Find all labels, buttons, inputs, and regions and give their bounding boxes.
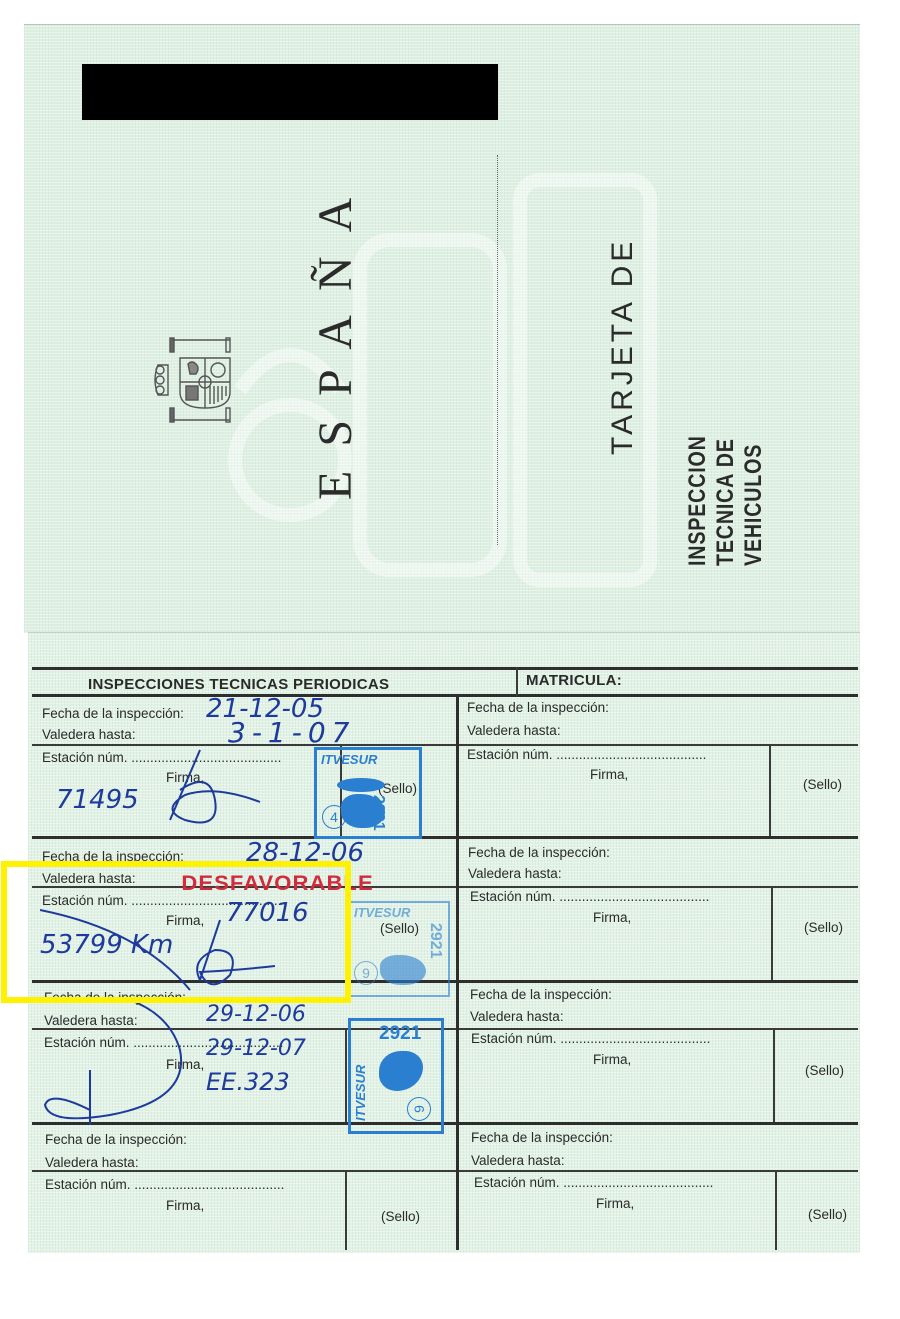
- valid-until-label: Valedera hasta:: [471, 1153, 565, 1168]
- inspection-date-label: Fecha de la inspección:: [470, 987, 612, 1002]
- seal-label: (Sello): [803, 777, 842, 792]
- seal-split-l3: [345, 1028, 347, 1122]
- station-stamp: ITVESUR 2921 9: [348, 1018, 444, 1134]
- signature-scribble: [140, 740, 270, 840]
- redacted-block: [82, 64, 498, 120]
- signature-label: Firma,: [593, 910, 631, 925]
- stamp-brand: ITVESUR: [353, 1065, 368, 1121]
- column-split: [456, 694, 459, 1250]
- stamp-circle-number: 9: [354, 961, 378, 985]
- header-split: [516, 667, 518, 696]
- plate-header: MATRICULA:: [526, 672, 622, 689]
- station-stamp: ITVESUR 2921 4: [314, 747, 422, 839]
- station-label: Estación núm. ..........................…: [471, 1031, 710, 1046]
- seal-split-r3: [773, 1028, 775, 1122]
- inspection-date-label: Fecha de la inspección:: [45, 1132, 187, 1147]
- handwritten-inspection-date: 29-12-06: [206, 1002, 306, 1027]
- country-title: ESPAÑA: [308, 174, 363, 500]
- spain-coat-of-arms-icon: [150, 330, 250, 430]
- station-label: Estación núm. ..........................…: [474, 1175, 713, 1190]
- valid-until-label: Valedera hasta:: [42, 727, 136, 742]
- seal-split-r1: [769, 744, 771, 836]
- inspection-date-label: Fecha de la inspección:: [471, 1130, 613, 1145]
- header-bottom-rule: [32, 694, 858, 697]
- station-label: Estación núm. ..........................…: [470, 889, 709, 904]
- fold-guide-line: [497, 155, 498, 545]
- seal-label: (Sello): [381, 1209, 420, 1224]
- handwritten-note: 71495: [56, 785, 139, 815]
- handwritten-valid-until: 29-12-07: [206, 1036, 306, 1061]
- stamp-number: 2921: [426, 923, 444, 959]
- stamp-number: 2921: [379, 1023, 421, 1045]
- seal-split-l4: [345, 1170, 347, 1250]
- highlight-annotation: [1, 861, 351, 1003]
- inspection-date-label: Fecha de la inspección:: [468, 845, 610, 860]
- station-stamp: ITVESUR 2921 9: [346, 901, 450, 997]
- valid-until-label: Valedera hasta:: [470, 1009, 564, 1024]
- signature-scribble: [30, 1000, 210, 1130]
- signature-label: Firma,: [590, 767, 628, 782]
- station-label: Estación núm. ..........................…: [467, 747, 706, 762]
- signature-label: Firma,: [596, 1196, 634, 1211]
- handwritten-note: EE.323: [206, 1068, 290, 1096]
- station-rule-4: [32, 1170, 858, 1172]
- seal-label: (Sello): [808, 1207, 847, 1222]
- card-title-line1: TARJETA DE: [606, 238, 640, 455]
- station-label: Estación núm. ..........................…: [45, 1177, 284, 1192]
- stamp-logo-icon: [379, 1051, 423, 1091]
- inspection-date-label: Fecha de la inspección:: [42, 706, 184, 721]
- stamp-circle-number: 4: [322, 805, 346, 829]
- seal-label: (Sello): [805, 1063, 844, 1078]
- table-top-rule: [32, 667, 858, 670]
- valid-until-label: Valedera hasta:: [467, 723, 561, 738]
- stamp-logo-icon: [380, 955, 426, 985]
- stamp-number: 2921: [369, 795, 387, 831]
- seal-label: (Sello): [804, 920, 843, 935]
- stamp-circle-number: 9: [407, 1097, 431, 1121]
- inspection-date-label: Fecha de la inspección:: [467, 700, 609, 715]
- left-header: INSPECCIONES TECNICAS PERIODICAS: [88, 676, 389, 693]
- stamp-brand: ITVESUR: [321, 752, 377, 767]
- stamp-brand: ITVESUR: [354, 905, 410, 920]
- signature-label: Firma,: [593, 1052, 631, 1067]
- valid-until-label: Valedera hasta:: [468, 866, 562, 881]
- signature-label: Firma,: [166, 1198, 204, 1213]
- seal-split-r4: [775, 1170, 777, 1250]
- seal-split-r2: [771, 886, 773, 980]
- valid-until-label: Valedera hasta:: [45, 1155, 139, 1170]
- card-title-line2: INSPECCION TECNICA DE VEHICULOS: [684, 389, 768, 566]
- stamp-logo-icon: [337, 778, 385, 792]
